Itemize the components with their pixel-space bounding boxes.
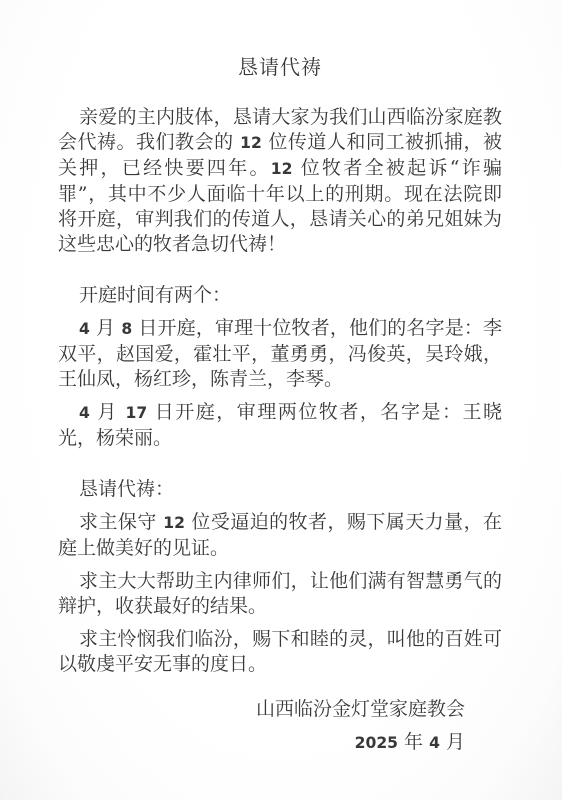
schedule-heading: 开庭时间有两个： [58,283,502,308]
schedule-session-1: 4 月 8 日开庭，审理十位牧者，他们的名字是：李双平，赵国爱，霍壮平，董勇勇，… [58,316,502,392]
signature-block: 山西临汾金灯堂家庭教会 2025 年 4 月 [58,697,502,756]
prayer-item-2: 求主大大帮助主内律师们，让他们满有智慧勇气的辩护，收获最好的结果。 [58,569,502,619]
signature-church: 山西临汾金灯堂家庭教会 [58,697,465,722]
prayer-item-1: 求主保守 12 位受逼迫的牧者，赐下属天力量，在庭上做美好的见证。 [58,510,502,561]
intro-paragraph: 亲爱的主内肢体，恳请大家为我们山西临汾家庭教会代祷。我们教会的 12 位传道人和… [58,105,502,257]
prayer-item-3: 求主怜悯我们临汾，赐下和睦的灵，叫他的百姓可以敬虔平安无事的度日。 [58,627,502,677]
document-title: 恳请代祷 [58,54,502,81]
document-page: 恳请代祷 亲爱的主内肢体，恳请大家为我们山西临汾家庭教会代祷。我们教会的 12 … [0,0,562,800]
schedule-session-2: 4 月 17 日开庭，审理两位牧者，名字是：王晓光，杨荣丽。 [58,400,502,451]
prayer-heading: 恳请代祷： [58,477,502,502]
signature-date: 2025 年 4 月 [58,730,465,756]
